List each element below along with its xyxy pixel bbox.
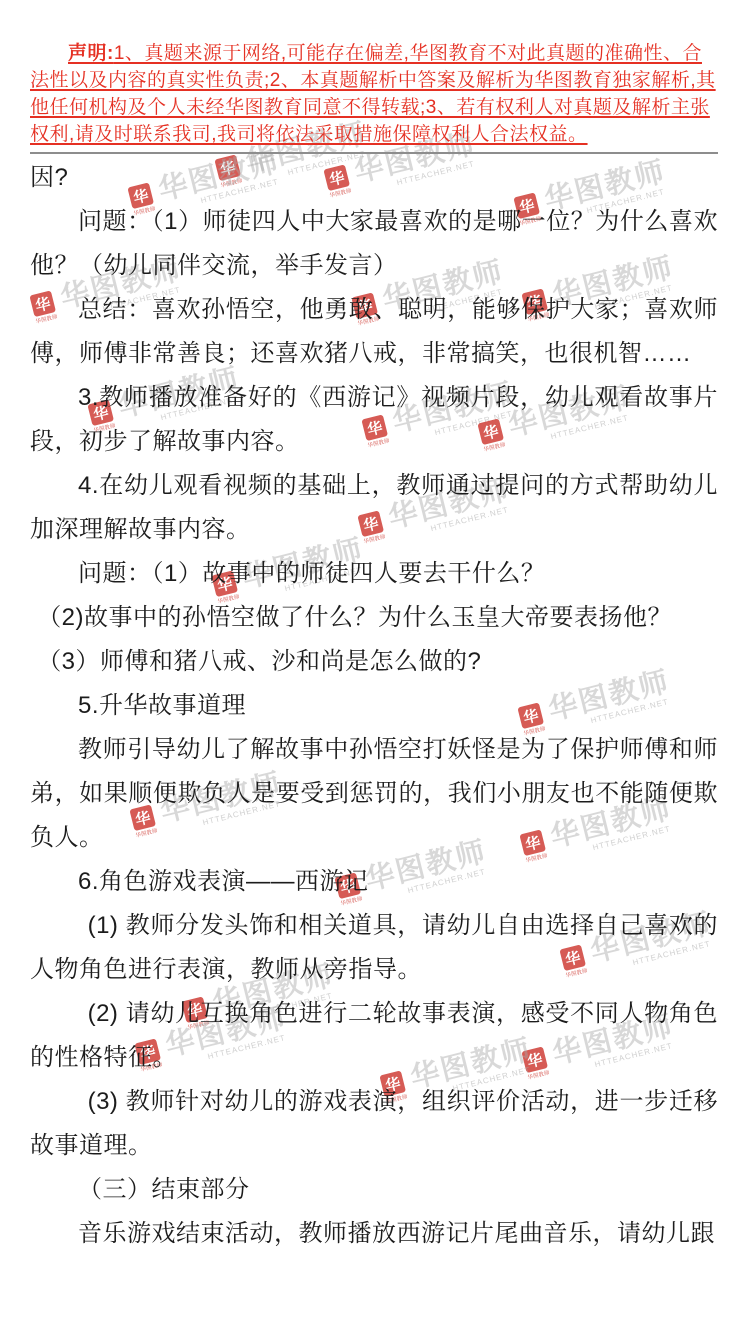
paragraph: 5.升华故事道理 bbox=[30, 684, 718, 728]
document-page: 华 华图教师 华图教师 HTTEACHER.NET 华 华图教师 华图教师 HT… bbox=[0, 0, 748, 1335]
paragraph: （三）结束部分 bbox=[30, 1168, 718, 1212]
lesson-plan-body: 因?问题：（1）师徒四人中大家最喜欢的是哪一位？为什么喜欢他？（幼儿同伴交流，举… bbox=[30, 156, 718, 1256]
paragraph: 3.教师播放准备好的《西游记》视频片段，幼儿观看故事片段，初步了解故事内容。 bbox=[30, 376, 718, 464]
paragraph: 6.角色游戏表演——西游记 bbox=[30, 860, 718, 904]
paragraph: 问题：（1）师徒四人中大家最喜欢的是哪一位？为什么喜欢他？（幼儿同伴交流，举手发… bbox=[30, 200, 718, 288]
paragraph: 因? bbox=[30, 156, 718, 200]
disclaimer-text: 声明:1、真题来源于网络,可能存在偏差,华图教育不对此真题的准确性、合法性以及内… bbox=[30, 40, 718, 148]
disclaimer-body: 1、真题来源于网络,可能存在偏差,华图教育不对此真题的准确性、合法性以及内容的真… bbox=[30, 43, 716, 145]
paragraph: 4.在幼儿观看视频的基础上，教师通过提问的方式帮助幼儿加深理解故事内容。 bbox=[30, 464, 718, 552]
paragraph: (1) 教师分发头饰和相关道具，请幼儿自由选择自己喜欢的人物角色进行表演，教师从… bbox=[30, 904, 718, 992]
paragraph: 音乐游戏结束活动，教师播放西游记片尾曲音乐，请幼儿跟 bbox=[30, 1212, 718, 1256]
disclaimer-label: 声明: bbox=[68, 43, 114, 64]
paragraph: (3) 教师针对幼儿的游戏表演，组织评价活动，进一步迁移故事道理。 bbox=[30, 1080, 718, 1168]
paragraph: 教师引导幼儿了解故事中孙悟空打妖怪是为了保护师傅和师弟，如果顺便欺负人是要受到惩… bbox=[30, 728, 718, 860]
divider bbox=[30, 152, 718, 154]
paragraph: 问题：（1）故事中的师徒四人要去干什么？ bbox=[30, 552, 718, 596]
paragraph: (2) 请幼儿互换角色进行二轮故事表演，感受不同人物角色的性格特征。 bbox=[30, 992, 718, 1080]
page-content: 声明:1、真题来源于网络,可能存在偏差,华图教育不对此真题的准确性、合法性以及内… bbox=[0, 0, 748, 1335]
paragraph: （2)故事中的孙悟空做了什么？为什么玉皇大帝要表扬他？ bbox=[30, 596, 718, 640]
paragraph: （3）师傅和猪八戒、沙和尚是怎么做的? bbox=[30, 640, 718, 684]
paragraph: 总结：喜欢孙悟空，他勇敢、聪明，能够保护大家；喜欢师傅，师傅非常善良；还喜欢猪八… bbox=[30, 288, 718, 376]
